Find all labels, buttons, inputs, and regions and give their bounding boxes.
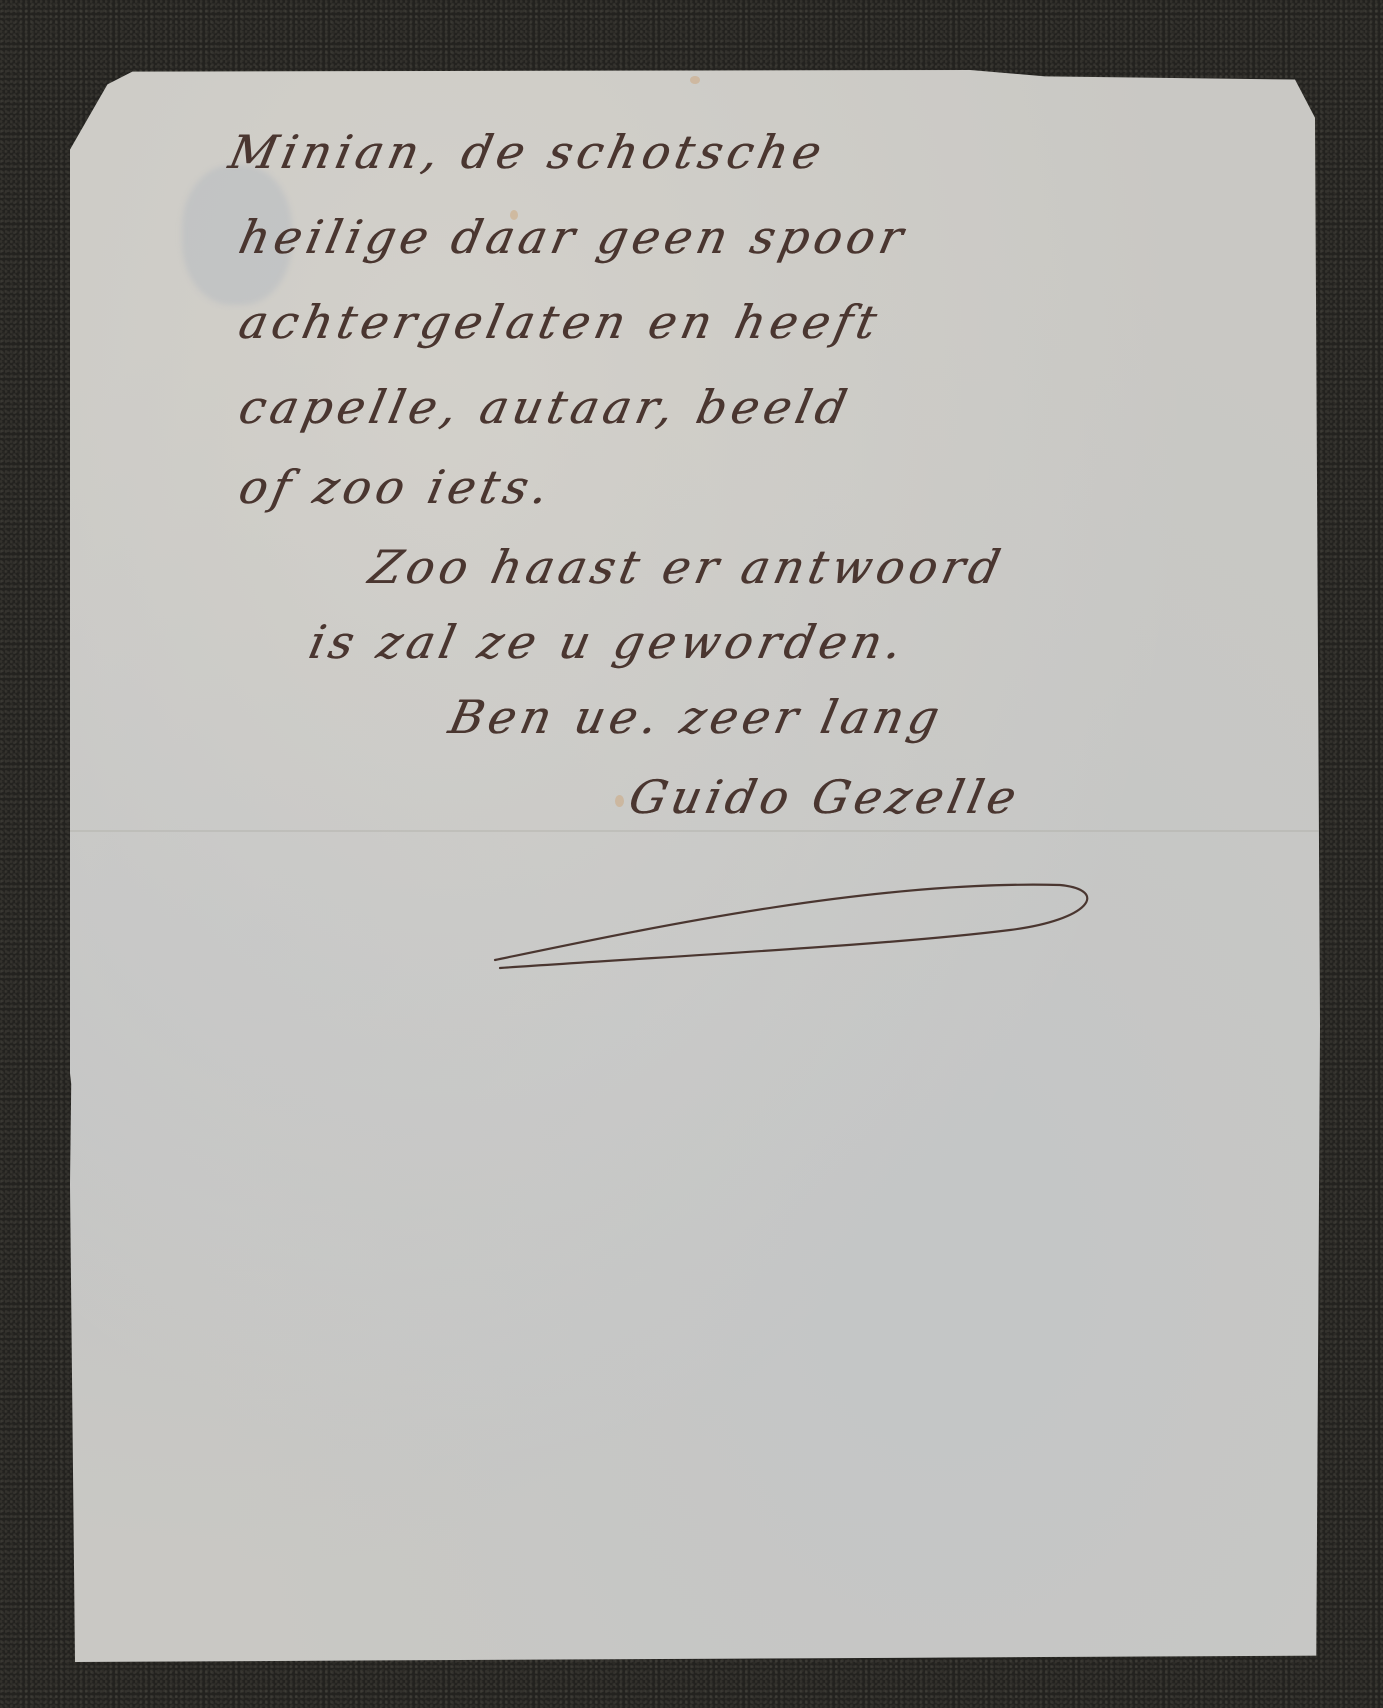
signature: Guido Gezelle <box>624 770 1025 824</box>
foxing-spot <box>690 76 700 84</box>
foxing-spot <box>615 795 624 807</box>
letter-line-6: Zoo haast er antwoord <box>364 540 1009 594</box>
paper-fold <box>70 830 1320 832</box>
letter-sheet: Minian, de schotsche heilige daar geen s… <box>70 70 1320 1662</box>
letter-line-3: achtergelaten en heeft <box>234 295 886 349</box>
letter-line-7: is zal ze u geworden. <box>304 615 911 669</box>
letter-line-2: heilige daar geen spoor <box>234 210 912 264</box>
letter-line-4: capelle, autaar, beeld <box>234 380 856 434</box>
letter-line-5: of zoo iets. <box>234 460 558 514</box>
signature-flourish <box>490 860 1110 980</box>
letter-line-1: Minian, de schotsche <box>224 125 831 179</box>
letter-line-8: Ben ue. zeer lang <box>444 690 948 744</box>
